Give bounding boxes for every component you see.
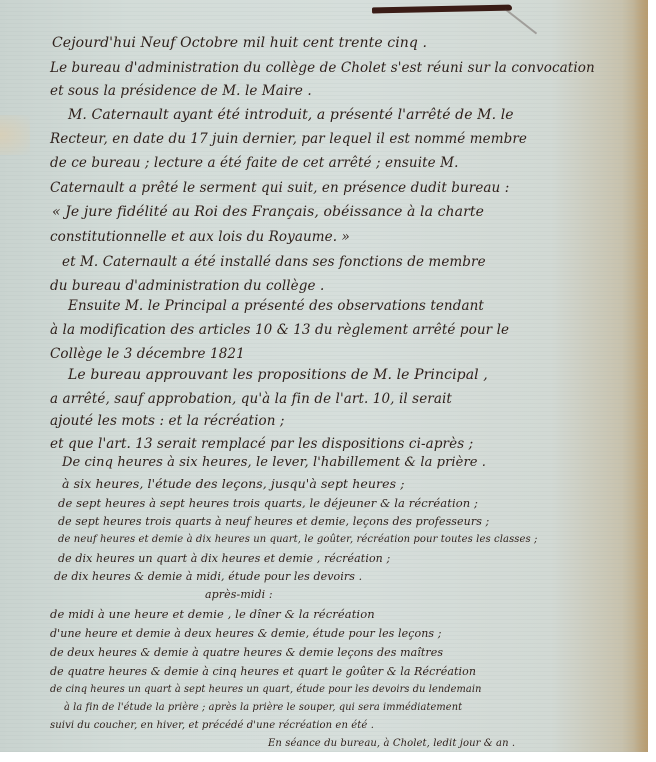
ink-blot — [372, 5, 512, 14]
manuscript-line: ajouté les mots : et la récréation ; — [50, 413, 285, 429]
manuscript-line: de cinq heures un quart à sept heures un… — [50, 684, 482, 695]
manuscript-line: « Je jure fidélité au Roi des Français, … — [52, 204, 484, 220]
manuscript-line: de ce bureau ; lecture a été faite de ce… — [50, 155, 458, 171]
paper-stain — [0, 115, 30, 155]
manuscript-line: de quatre heures & demie à cinq heures e… — [50, 665, 476, 678]
manuscript-line: et M. Caternault a été installé dans ses… — [62, 254, 486, 270]
manuscript-line: d'une heure et demie à deux heures & dem… — [50, 627, 442, 640]
manuscript-line: Ensuite M. le Principal a présenté des o… — [68, 298, 484, 314]
manuscript-line: Le bureau approuvant les propositions de… — [68, 367, 488, 383]
manuscript-page: Cejourd'hui Neuf Octobre mil huit cent t… — [0, 0, 648, 752]
page-margin — [62, 752, 656, 762]
manuscript-line: à la modification des articles 10 & 13 d… — [50, 322, 509, 338]
manuscript-line: suivi du coucher, en hiver, et précédé d… — [50, 720, 374, 731]
manuscript-line: et sous la présidence de M. le Maire . — [50, 83, 312, 99]
manuscript-line: Collège le 3 décembre 1821 — [50, 346, 245, 362]
manuscript-line: de sept heures à sept heures trois quart… — [58, 496, 478, 510]
manuscript-line: Le bureau d'administration du collège de… — [50, 60, 595, 76]
manuscript-line: constitutionnelle et aux lois du Royaume… — [50, 229, 350, 245]
manuscript-line: de neuf heures et demie à dix heures un … — [58, 534, 538, 545]
manuscript-line: Caternault a prêté le serment qui suit, … — [50, 180, 509, 196]
manuscript-line: De cinq heures à six heures, le lever, l… — [62, 455, 486, 470]
manuscript-line: M. Caternault ayant été introduit, a pré… — [68, 107, 514, 123]
manuscript-line: de sept heures trois quarts à neuf heure… — [58, 515, 489, 528]
manuscript-line: a arrêté, sauf approbation, qu'à la fin … — [50, 391, 452, 407]
manuscript-line: Recteur, en date du 17 juin dernier, par… — [50, 131, 527, 147]
manuscript-line: de midi à une heure et demie , le dîner … — [50, 607, 375, 621]
manuscript-line: de dix heures & demie à midi, étude pour… — [54, 570, 362, 583]
manuscript-heading: après-midi : — [205, 588, 273, 601]
manuscript-line: et que l'art. 13 serait remplacé par les… — [50, 436, 473, 452]
manuscript-line: de dix heures un quart à dix heures et d… — [58, 552, 390, 565]
manuscript-closing: En séance du bureau, à Cholet, ledit jou… — [268, 738, 515, 749]
manuscript-line: du bureau d'administration du collège . — [50, 278, 324, 294]
manuscript-line: à six heures, l'étude des leçons, jusqu'… — [62, 476, 405, 491]
manuscript-line: Cejourd'hui Neuf Octobre mil huit cent t… — [52, 35, 427, 51]
manuscript-line: de deux heures & demie à quatre heures &… — [50, 646, 443, 659]
ink-smear — [504, 8, 537, 34]
manuscript-line: à la fin de l'étude la prière ; après la… — [64, 702, 462, 713]
